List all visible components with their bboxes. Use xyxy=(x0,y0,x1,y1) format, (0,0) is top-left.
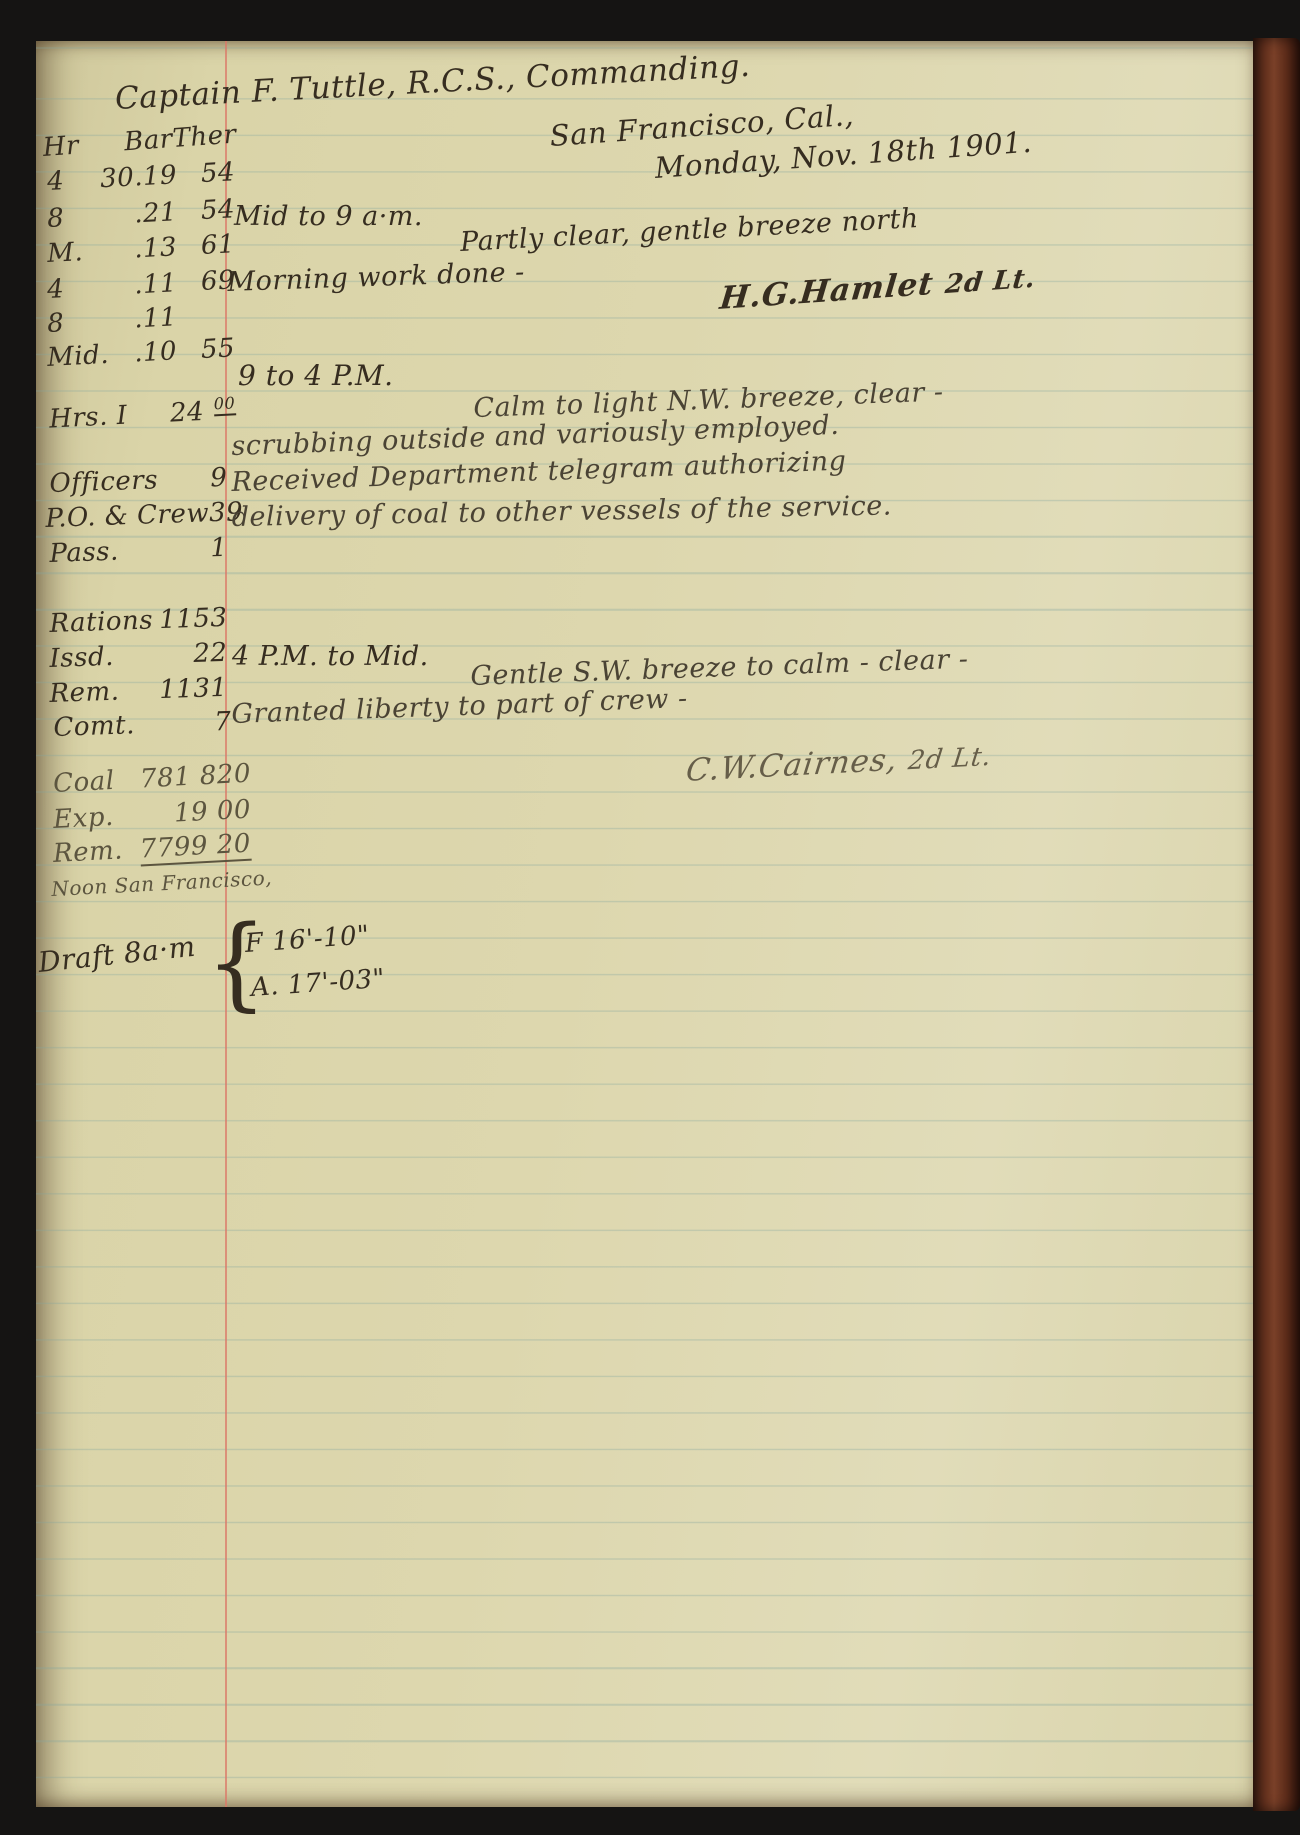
col-hour: Hr xyxy=(42,129,96,163)
coal-label: Exp. xyxy=(52,802,114,835)
draft-label: Draft 8a·m xyxy=(37,930,198,979)
hours-minutes: 00 xyxy=(213,393,236,416)
obs-hour: 4 xyxy=(46,164,99,197)
coal-remaining: Rem. 7799 20 xyxy=(52,829,251,871)
rations-label: Rations xyxy=(49,605,154,639)
watch-heading-9-to-4pm: 9 to 4 P.M. xyxy=(238,359,394,392)
logbook-page: Captain F. Tuttle, R.C.S., Commanding. S… xyxy=(36,41,1255,1807)
coal-label: Coal xyxy=(52,766,115,799)
hours-label: Hrs. I xyxy=(48,401,128,435)
rations-label: Rem. xyxy=(49,677,120,709)
signature-cairnes: C.W.Cairnes, 2d Lt. xyxy=(684,737,994,789)
entry3-remark: Granted liberty to part of crew - xyxy=(231,683,688,730)
logbook-photo: Captain F. Tuttle, R.C.S., Commanding. S… xyxy=(0,0,1300,1835)
muster-label: Pass. xyxy=(49,537,119,569)
obs-ther xyxy=(176,299,235,332)
obs-bar: .11 xyxy=(98,268,177,302)
rations-value: 1131 xyxy=(159,673,228,705)
coal-expended: Exp. 19 00 xyxy=(52,795,251,835)
rations-value: 7 xyxy=(214,707,232,738)
draft-aft: A. 17'-03" xyxy=(250,964,386,1003)
muster-passengers: Pass. 1 xyxy=(49,533,228,569)
watch-heading-mid-to-9am: Mid to 9 a·m. xyxy=(234,201,423,232)
officer-name: C.W.Cairnes, xyxy=(684,742,900,789)
obs-row: 8 .11 xyxy=(46,299,235,339)
obs-hour: 8 xyxy=(46,201,99,234)
obs-ther: 54 xyxy=(176,157,235,190)
officer-name: H.G.Hamlet xyxy=(718,266,936,317)
coal-value: 7799 20 xyxy=(139,829,252,867)
obs-hour: Mid. xyxy=(46,340,99,373)
entry1-remark: Morning work done - xyxy=(227,257,525,298)
rations-remaining: Rem. 1131 xyxy=(49,673,228,709)
muster-value: 1 xyxy=(210,533,228,564)
entry2-remark3: delivery of coal to other vessels of the… xyxy=(231,490,892,533)
muster-crew: P.O. & Crew 39 xyxy=(45,498,224,534)
col-barometer: Bar xyxy=(94,124,174,159)
commanding-officer-line: Captain F. Tuttle, R.C.S., Commanding. xyxy=(114,48,751,117)
watch-heading-4pm-to-mid: 4 P.M. to Mid. xyxy=(232,641,429,672)
rations-label: Comt. xyxy=(53,710,135,743)
obs-hour: 8 xyxy=(46,306,99,339)
obs-ther: 54 xyxy=(176,194,235,227)
rations-label: Issd. xyxy=(49,642,114,674)
obs-bar: 30.19 xyxy=(98,160,177,194)
obs-hour: M. xyxy=(46,236,99,269)
book-cover-edge xyxy=(1253,38,1300,1811)
observations-header: Hr Bar Ther xyxy=(42,120,232,163)
coal-onhand: Coal 781 820 xyxy=(52,759,251,799)
officer-rank: 2d Lt. xyxy=(906,742,993,777)
col-thermometer: Ther xyxy=(172,120,232,154)
rations-commuted: Comt. 7 xyxy=(53,707,232,743)
muster-officers: Officers 9 xyxy=(49,463,228,499)
hours-total: Hrs. I 2400 xyxy=(48,393,236,434)
obs-row: 4 .11 69 xyxy=(46,265,235,305)
obs-row: 8 .21 54 xyxy=(46,194,235,234)
coal-value: 19 00 xyxy=(173,795,251,829)
entry3-weather: Gentle S.W. breeze to calm - clear - xyxy=(470,644,969,692)
obs-row: Mid. .10 55 xyxy=(46,333,235,373)
officer-rank: 2d Lt. xyxy=(944,264,1038,301)
obs-bar: .13 xyxy=(98,232,177,266)
obs-ther: 55 xyxy=(176,333,235,366)
rations-value: 1153 xyxy=(159,603,228,635)
muster-label: Officers xyxy=(49,465,159,499)
coal-value: 781 820 xyxy=(139,759,251,795)
signature-hamlet: H.G.Hamlet 2d Lt. xyxy=(718,259,1038,317)
coal-label: Rem. xyxy=(52,835,123,871)
obs-bar: .10 xyxy=(98,336,177,370)
noon-position: Noon San Francisco, xyxy=(51,865,273,901)
obs-row: M. .13 61 xyxy=(46,229,235,269)
rations-onhand: Rations 1153 xyxy=(49,603,228,639)
entry1-weather: Partly clear, gentle breeze north xyxy=(459,203,919,258)
rations-value: 22 xyxy=(193,638,228,669)
rations-issued: Issd. 22 xyxy=(49,638,228,674)
obs-bar: .11 xyxy=(98,302,177,336)
obs-ther: 61 xyxy=(176,229,235,262)
hours-value: 24 xyxy=(169,397,205,429)
muster-value: 9 xyxy=(210,463,228,494)
obs-bar: .21 xyxy=(98,197,177,231)
obs-hour: 4 xyxy=(46,272,99,305)
obs-row: 4 30.19 54 xyxy=(46,157,235,197)
muster-label: P.O. & Crew xyxy=(45,498,210,534)
